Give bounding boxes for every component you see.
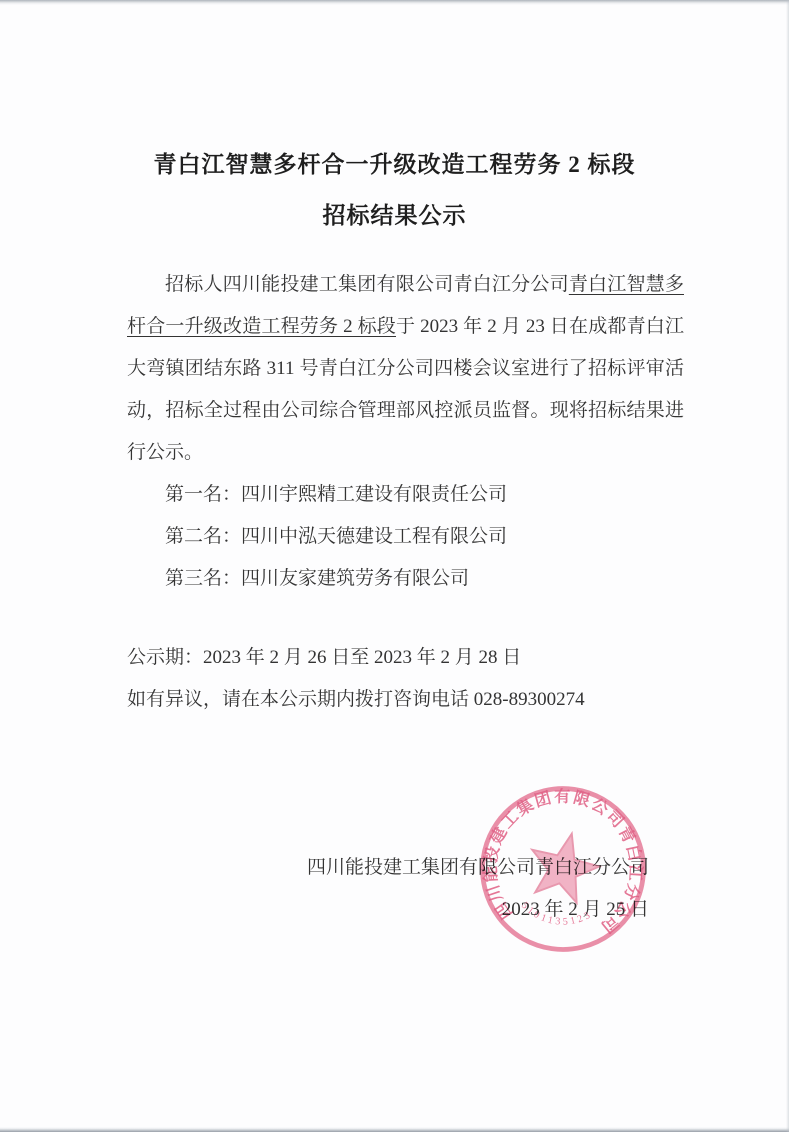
signature-date: 2023 年 2 月 25 日 xyxy=(307,889,649,931)
rank-label: 第三名： xyxy=(165,568,241,589)
rank-company: 四川中泓天德建设工程有限公司 xyxy=(241,526,507,547)
ranking-second: 第二名：四川中泓天德建设工程有限公司 xyxy=(127,516,684,558)
rank-label: 第二名： xyxy=(165,526,241,547)
paragraph-segment-1: 招标人四川能投建工集团有限公司青白江分公司 xyxy=(165,274,569,295)
document-title-line1: 青白江智慧多杆合一升级改造工程劳务 2 标段 xyxy=(0,146,789,179)
ranking-third: 第三名：四川友家建筑劳务有限公司 xyxy=(127,558,684,600)
signature-block: 四川能投建工集团有限公司青白江分公司 2023 年 2 月 25 日 xyxy=(307,847,649,931)
scanned-document-page: 青白江智慧多杆合一升级改造工程劳务 2 标段 招标结果公示 招标人四川能投建工集… xyxy=(0,0,789,1132)
paragraph-segment-2: 于 2023 年 2 月 23 日在成都青白江大弯镇团结东路 311 号青白江分… xyxy=(127,316,684,463)
publicity-section: 公示期：2023 年 2 月 26 日至 2023 年 2 月 28 日 如有异… xyxy=(127,637,687,721)
rank-label: 第一名： xyxy=(165,484,241,505)
objection-line: 如有异议，请在本公示期内拨打咨询电话 028-89300274 xyxy=(127,679,687,721)
scan-edge-top xyxy=(0,0,789,5)
ranking-first: 第一名：四川宇熙精工建设有限责任公司 xyxy=(127,474,684,516)
publicity-period-line: 公示期：2023 年 2 月 26 日至 2023 年 2 月 28 日 xyxy=(127,637,687,679)
document-body: 招标人四川能投建工集团有限公司青白江分公司青白江智慧多杆合一升级改造工程劳务 2… xyxy=(127,264,684,600)
document-title-line2: 招标结果公示 xyxy=(0,197,789,230)
main-paragraph: 招标人四川能投建工集团有限公司青白江分公司青白江智慧多杆合一升级改造工程劳务 2… xyxy=(127,264,684,474)
rank-company: 四川宇熙精工建设有限责任公司 xyxy=(241,484,507,505)
rank-company: 四川友家建筑劳务有限公司 xyxy=(241,568,469,589)
scan-edge-bottom xyxy=(0,1127,789,1132)
signature-company: 四川能投建工集团有限公司青白江分公司 xyxy=(307,847,649,889)
